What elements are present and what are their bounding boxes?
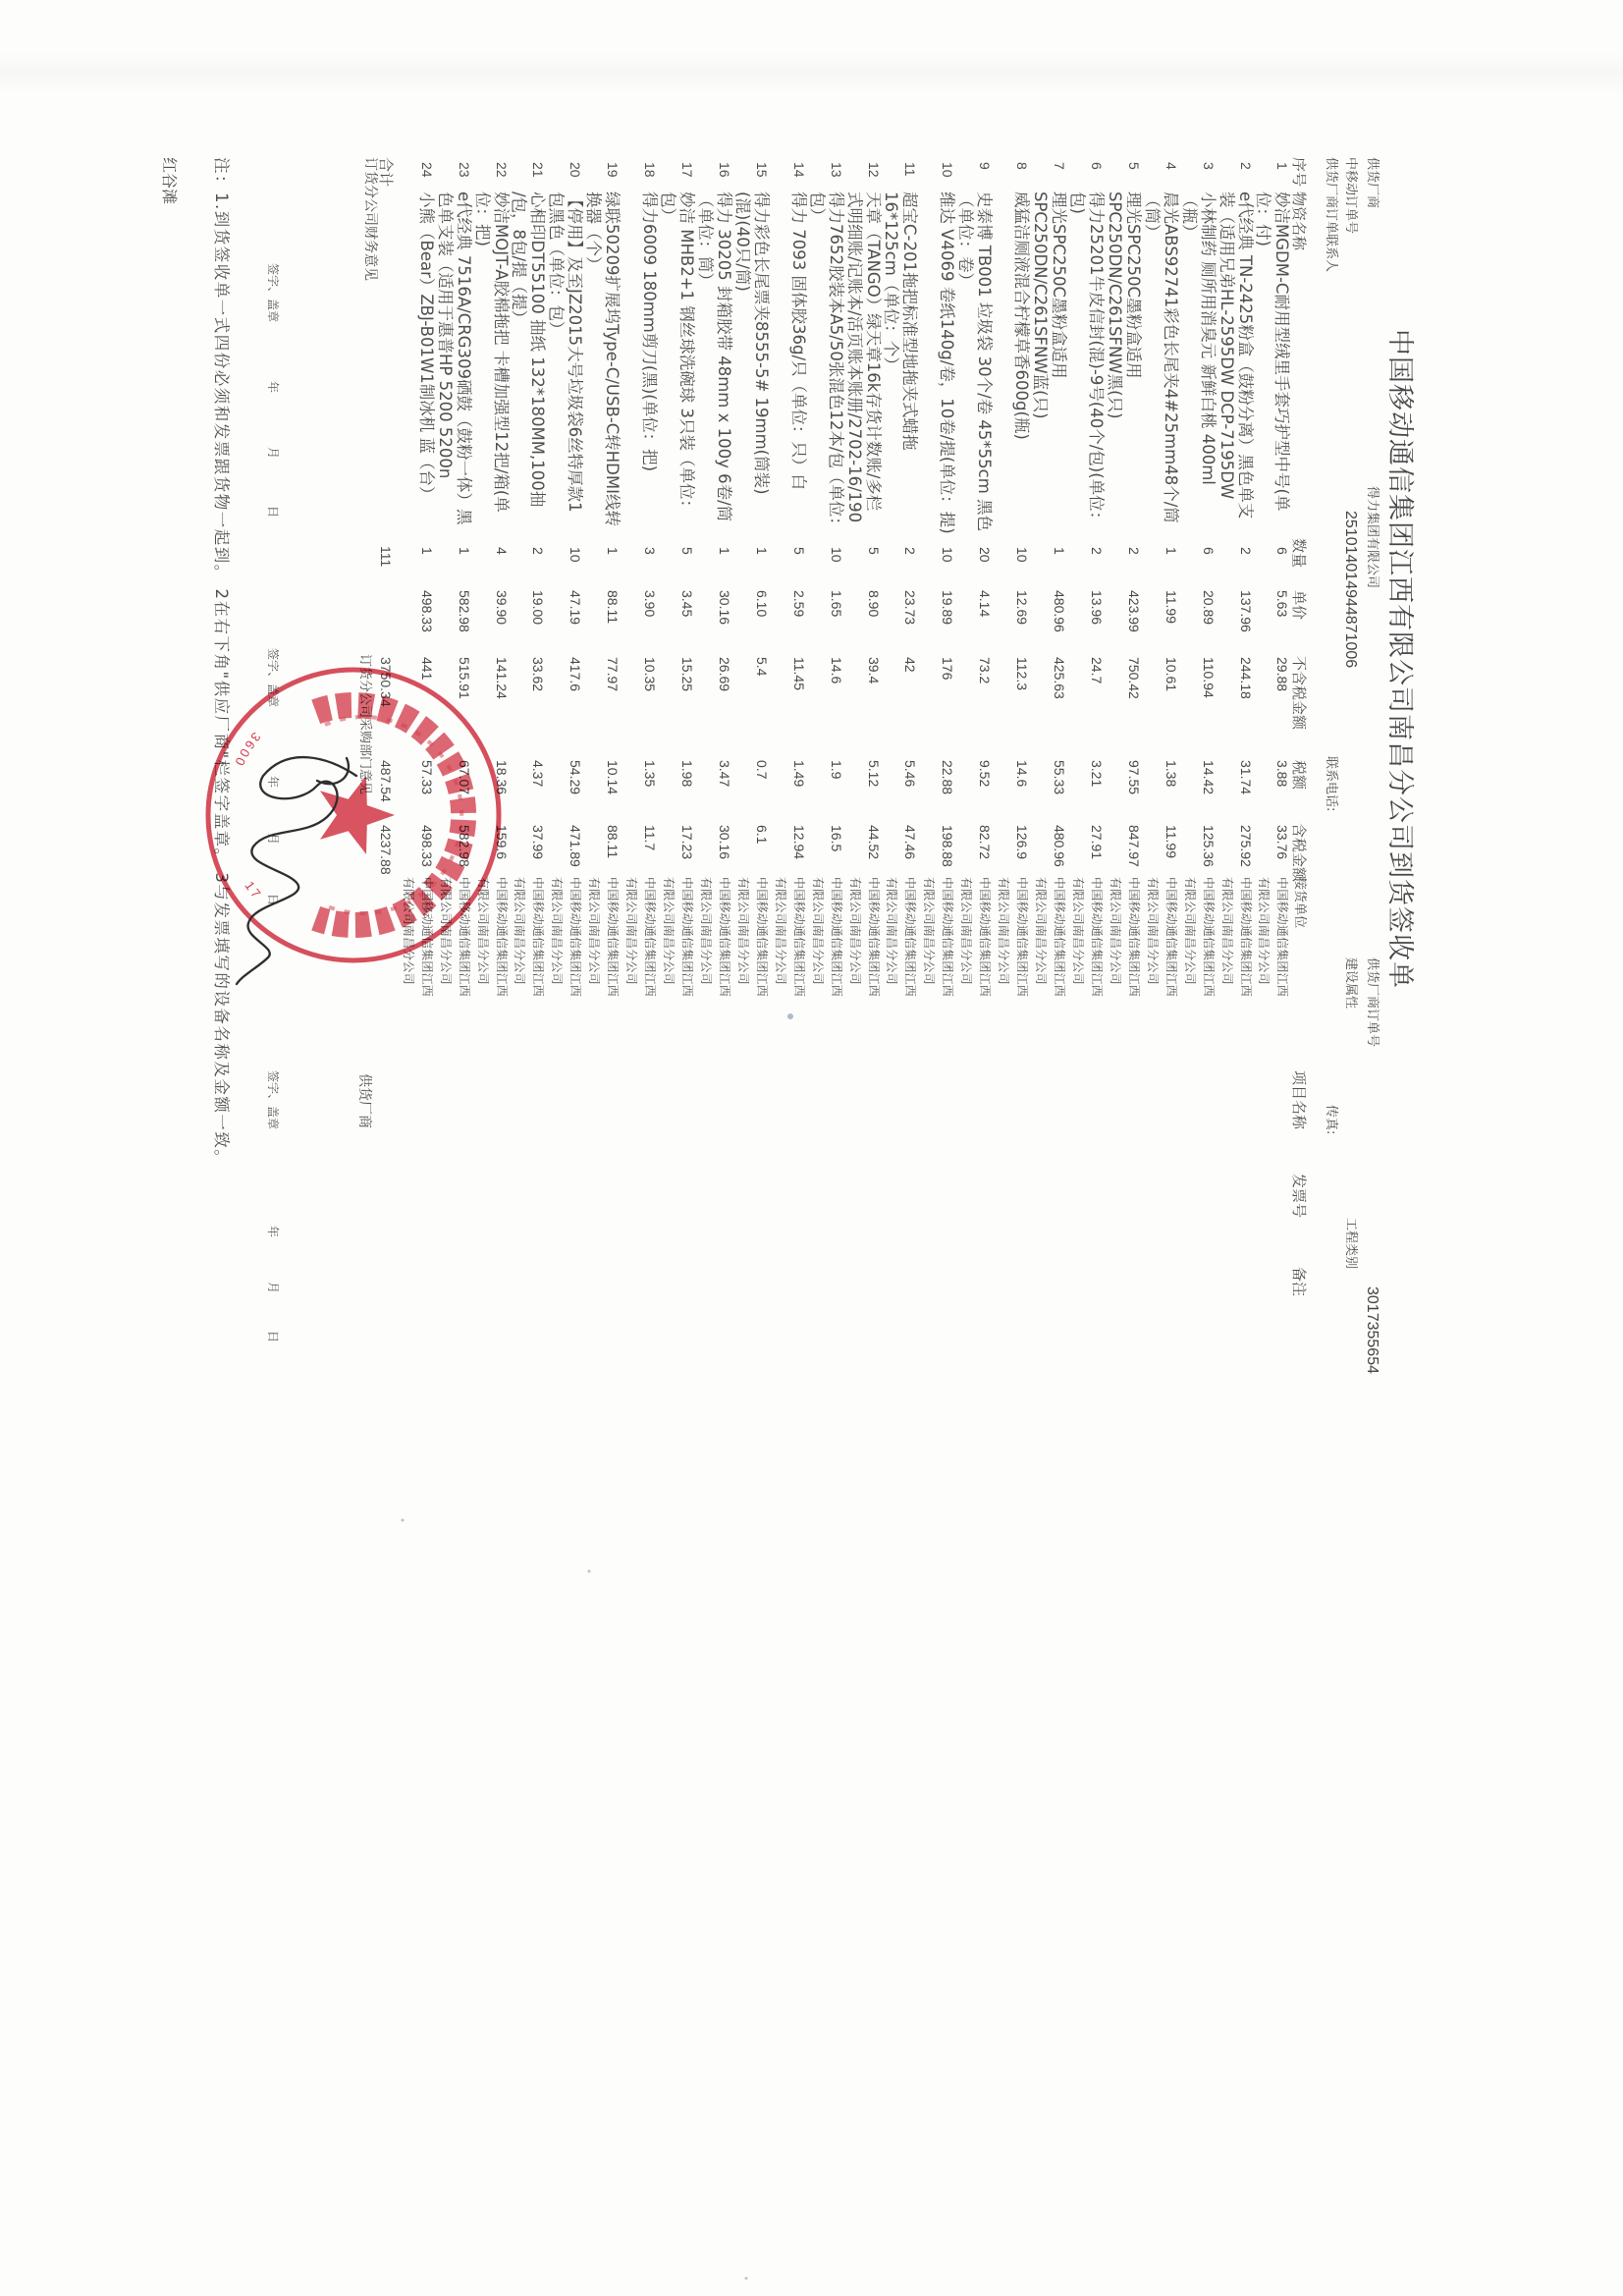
- receiving-unit: 中国移动通信集团江西有限公司南昌分公司: [473, 877, 511, 997]
- item-name-line: SPC250DN/C261SFNW黑(只): [1106, 191, 1124, 419]
- month-label: 月: [265, 447, 281, 459]
- receiving-unit-line: 中国移动通信集团江西: [529, 877, 548, 997]
- unit-price: 47.19: [566, 590, 584, 625]
- tax-amount: 10.14: [603, 760, 622, 794]
- item-name: 妙洁 MHB2+1 钢丝球洗碗球 3只装（单位：包）: [659, 191, 696, 516]
- tax-amount: 18.36: [492, 760, 511, 794]
- item-name: 得力 7093 固体胶36g/只（单位：只）白: [789, 191, 808, 490]
- receiving-unit: 中国移动通信集团江西有限公司南昌分公司: [1217, 877, 1255, 997]
- quantity: 1: [417, 547, 436, 555]
- receiving-unit-line: 有限公司南昌分公司: [659, 877, 677, 997]
- amount-incl-tax: 498.33: [417, 825, 436, 867]
- quantity: 2: [1236, 547, 1255, 555]
- receiving-unit: 中国移动通信集团江西有限公司南昌分公司: [584, 877, 622, 997]
- cmcc-order-no-label: 中移动订单号: [1342, 157, 1358, 234]
- procurement-opinion-label: 订货分公司采购部门意见: [356, 654, 372, 794]
- table-row: 16得力 30205 封箱胶带 48mm x 100y 6卷/筒（单位：筒）13…: [696, 0, 733, 1375]
- table-row: 14得力 7093 固体胶36g/只（单位：只）白52.5911.451.491…: [771, 0, 808, 1375]
- item-name-line: 【停用】及至JZ2015大号垃圾袋6丝特厚款1: [566, 191, 584, 513]
- quantity: 1: [752, 547, 771, 555]
- amount-excl-tax: 33.62: [529, 657, 548, 691]
- quantity: 10: [938, 547, 956, 563]
- receiving-unit: 中国移动通信集团江西有限公司南昌分公司: [919, 877, 956, 997]
- unit-price: 4.14: [975, 590, 994, 617]
- tax-amount: 67.07: [455, 760, 473, 794]
- item-name-line: 心相印DT55100 抽纸 132*180MM,100抽: [529, 191, 548, 507]
- row-number: 5: [1124, 162, 1143, 170]
- amount-excl-tax: 14.6: [827, 657, 845, 683]
- amount-excl-tax: 42: [901, 657, 920, 673]
- amount-incl-tax: 37.99: [529, 825, 548, 859]
- receiving-unit: 中国移动通信集团江西有限公司南昌分公司: [1031, 877, 1068, 997]
- amount-excl-tax: 515.91: [455, 657, 473, 699]
- quantity: 5: [789, 547, 808, 555]
- quantity: 1: [715, 547, 733, 555]
- receiving-unit-line: 中国移动通信集团江西: [1087, 877, 1106, 997]
- unit-price: 2.59: [789, 590, 808, 617]
- unit-price: 23.73: [901, 590, 920, 625]
- quantity: 10: [566, 547, 584, 563]
- row-number: 20: [566, 162, 584, 178]
- delivery-receipt-page: 中国移动通信集团江西有限公司南昌分公司到货签收单 供货厂商 得力集团有限公司 供…: [0, 0, 1623, 2296]
- item-name: 【停用】及至JZ2015大号垃圾袋6丝特厚款1包黑色（单位：包）: [547, 191, 584, 513]
- receiving-unit-line: 中国移动通信集团江西: [677, 877, 696, 997]
- row-number: 13: [827, 162, 845, 178]
- location-mark: 红谷滩: [160, 157, 178, 204]
- tax-amount: 5.46: [901, 760, 920, 787]
- row-number: 11: [901, 162, 920, 177]
- receiving-unit-line: 中国移动通信集团江西: [492, 877, 511, 997]
- item-name: 小林制药 厕所用消臭元 新鲜白桃 400ml（瓶）: [1180, 191, 1217, 485]
- amount-incl-tax: 471.89: [566, 825, 584, 867]
- unit-price: 88.11: [603, 590, 622, 624]
- row-number: 10: [938, 162, 956, 178]
- day-label: 日: [265, 894, 281, 905]
- amount-incl-tax: 159.6: [492, 825, 511, 859]
- row-number: 2: [1236, 162, 1255, 170]
- tax-amount: 5.12: [864, 760, 883, 787]
- unit-price: 19.89: [938, 590, 956, 625]
- receiving-unit-line: 有限公司南昌分公司: [1143, 877, 1162, 997]
- item-name-line: SPC250DN/C261SFNW蓝(只): [1031, 191, 1050, 419]
- supplier-order-no-value: 3017355654: [1364, 1286, 1380, 1374]
- amount-excl-tax: 112.3: [1012, 657, 1031, 690]
- receiving-unit-line: 中国移动通信集团江西: [1050, 877, 1068, 997]
- receiving-unit: 中国移动通信集团江西有限公司南昌分公司: [1143, 877, 1180, 997]
- receiving-unit: 中国移动通信集团江西有限公司南昌分公司: [399, 877, 436, 997]
- tax-amount: 1.35: [640, 760, 659, 787]
- receiving-unit-line: 有限公司南昌分公司: [511, 877, 529, 997]
- tax-amount: 4.37: [529, 760, 548, 787]
- tax-amount: 0.7: [752, 760, 771, 779]
- receiving-unit-line: 有限公司南昌分公司: [1180, 877, 1199, 997]
- item-name-line: 包): [1068, 191, 1087, 527]
- tax-amount: 9.52: [975, 760, 994, 787]
- row-number: 17: [677, 162, 696, 178]
- unit-price: 3.45: [677, 590, 696, 617]
- receiving-unit-line: 中国移动通信集团江西: [1012, 877, 1031, 997]
- quantity: 2: [1124, 547, 1143, 555]
- item-name-line: e代经典 TN-2425粉盒（鼓粉分离）黑色单支: [1236, 191, 1255, 519]
- item-name-line: 小林制药 厕所用消臭元 新鲜白桃 400ml: [1199, 191, 1217, 485]
- item-name-line: （单位：卷）: [956, 191, 975, 531]
- item-name: 绿联50209扩展坞Type-C/USB-C转HDMI线转换器（个）: [584, 191, 622, 526]
- item-name: 威猛洁厕液混合柠檬草香600g(瓶): [1012, 191, 1031, 440]
- receiving-unit-line: 中国移动通信集团江西: [455, 877, 473, 997]
- col-header-item-name: 物资名称: [1291, 191, 1307, 250]
- quantity: 2: [1087, 547, 1106, 555]
- receiving-unit: 中国移动通信集团江西有限公司南昌分公司: [622, 877, 659, 997]
- receiving-unit-line: 有限公司南昌分公司: [1217, 877, 1236, 997]
- item-name-line: 包）: [808, 191, 827, 533]
- receiving-unit: 中国移动通信集团江西有限公司南昌分公司: [511, 877, 548, 997]
- item-name-line: 16*125cm（单位：个）: [883, 191, 901, 450]
- unit-price: 30.16: [715, 590, 733, 625]
- sign-seal-label: 签字、盖章: [265, 648, 281, 707]
- row-number: 8: [1012, 162, 1031, 170]
- col-header-quantity: 数量: [1291, 538, 1307, 568]
- item-name-line: 换器（个）: [584, 191, 603, 526]
- col-header-no: 序号: [1291, 157, 1307, 187]
- year-label: 年: [265, 381, 281, 393]
- unit-price: 11.99: [1162, 590, 1180, 624]
- supplier-contact-label: 供货厂商订单联系人: [1323, 157, 1338, 272]
- row-number: 21: [529, 162, 548, 178]
- amount-incl-tax: 126.9: [1012, 825, 1031, 859]
- receiving-unit-line: 中国移动通信集团江西: [1273, 877, 1292, 997]
- row-number: 14: [789, 162, 808, 178]
- amount-incl-tax: 12.94: [789, 825, 808, 859]
- item-name: 得力25201牛皮信封(混)-9号(40个/包)(单位：包): [1068, 191, 1106, 527]
- receiving-unit-line: 中国移动通信集团江西: [603, 877, 622, 997]
- unit-price: 20.89: [1199, 590, 1217, 625]
- receiving-unit: 中国移动通信集团江西有限公司南昌分公司: [1068, 877, 1106, 997]
- receiving-unit-line: 中国移动通信集团江西: [938, 877, 956, 997]
- receiving-unit-line: 有限公司南昌分公司: [1255, 877, 1273, 997]
- receiving-unit-line: 有限公司南昌分公司: [845, 877, 864, 997]
- item-name: 妙洁MGDM-C耐用型绒里手套巧护型中号(单位：付): [1255, 191, 1292, 511]
- amount-excl-tax: 417.6: [566, 657, 584, 691]
- item-name: 得力彩色长尾票夹8555-5# 19mm(筒装)(混)(40只/筒): [733, 191, 771, 495]
- row-number: 4: [1162, 162, 1180, 170]
- item-name-line: （单位：筒）: [696, 191, 715, 521]
- totals-amount-excl-tax: 3750.34: [377, 657, 395, 707]
- amount-excl-tax: 244.18: [1236, 657, 1255, 699]
- table-row: 15得力彩色长尾票夹8555-5# 19mm(筒装)(混)(40只/筒)16.1…: [733, 0, 771, 1375]
- table-row: 23e代经典 7516A/CRG309硒鼓（鼓粉一体）黑色单支装（适用于惠普HP…: [436, 0, 473, 1375]
- item-name-line: 得力 30205 封箱胶带 48mm x 100y 6卷/筒: [715, 191, 733, 521]
- supplier-value: 得力集团有限公司: [1364, 486, 1380, 588]
- item-name-line: 史泰博 TB001 垃圾袋 30个/卷 45*55cm 黑色: [975, 191, 994, 531]
- unit-price: 480.96: [1050, 590, 1068, 632]
- receiving-unit: 中国移动通信集团江西有限公司南昌分公司: [994, 877, 1031, 997]
- item-name-line: 天章（TANGO）绿天章16k存货计数账/多栏: [864, 191, 883, 522]
- tax-amount: 97.55: [1124, 760, 1143, 794]
- receiving-unit-line: 有限公司南昌分公司: [696, 877, 715, 997]
- item-name-line: 得力6009 180mm剪刀(黑)(单位：把): [640, 191, 659, 471]
- tax-amount: 57.33: [417, 760, 436, 794]
- table-row: 24小熊（Bear）ZBJ-B01W1制冰机 蓝（台）1498.3344157.…: [399, 0, 436, 1375]
- supplier-order-no-label: 供货厂商订单号: [1364, 957, 1380, 1047]
- receiving-unit: 中国移动通信集团江西有限公司南昌分公司: [1255, 877, 1292, 997]
- amount-excl-tax: 176: [938, 657, 956, 680]
- amount-excl-tax: 24.7: [1087, 657, 1106, 683]
- receiving-unit: 中国移动通信集团江西有限公司南昌分公司: [659, 877, 696, 997]
- amount-excl-tax: 15.25: [677, 657, 696, 691]
- quantity: 1: [603, 547, 622, 555]
- unit-price: 12.69: [1012, 590, 1031, 625]
- unit-price: 582.98: [455, 590, 473, 632]
- scan-speck: [402, 1519, 405, 1522]
- receiving-unit-line: 有限公司南昌分公司: [883, 877, 901, 997]
- supplier-signoff-label: 供货厂商: [356, 1073, 372, 1128]
- receiving-unit-line: 有限公司南昌分公司: [473, 877, 492, 997]
- cmcc-order-no-value: 251014014944871006: [1342, 511, 1358, 668]
- item-name-line: 妙洁MGDM-C耐用型绒里手套巧护型中号(单: [1273, 191, 1292, 511]
- project-category-label: 工程类别: [1342, 1218, 1358, 1269]
- amount-excl-tax: 425.63: [1050, 657, 1068, 699]
- table-row: 13得力7652胶装本A5/50张混色12本/包（单位：包）101.6514.6…: [808, 0, 845, 1375]
- table-row: 7理光SPC250C墨粉盒适用SPC250DN/C261SFNW蓝(只)1480…: [1031, 0, 1068, 1375]
- seal-serial-end: 17: [242, 878, 265, 902]
- item-name-line: （瓶）: [1180, 191, 1199, 485]
- amount-excl-tax: 141.24: [492, 657, 511, 699]
- amount-excl-tax: 10.35: [640, 657, 659, 691]
- amount-incl-tax: 47.46: [901, 825, 920, 859]
- construction-attr-label: 建设属性: [1342, 957, 1358, 1009]
- totals-amount-incl-tax: 4237.88: [377, 825, 395, 875]
- item-name: 心相印DT55100 抽纸 132*180MM,100抽/包，8包/提（提）: [511, 191, 548, 507]
- sign-seal-label: 签字、盖章: [265, 263, 281, 322]
- item-name-line: 小熊（Bear）ZBJ-B01W1制冰机 蓝（台）: [417, 191, 436, 503]
- item-name: 小熊（Bear）ZBJ-B01W1制冰机 蓝（台）: [417, 191, 436, 503]
- table-row: 11超宝C-201拖把标准型地拖夹式蜡拖16*125cm（单位：个）223.73…: [883, 0, 920, 1375]
- quantity: 20: [975, 547, 994, 563]
- row-number: 18: [640, 162, 659, 178]
- item-name: 超宝C-201拖把标准型地拖夹式蜡拖16*125cm（单位：个）: [883, 191, 920, 450]
- unit-price: 1.65: [827, 590, 845, 617]
- receiving-unit: 中国移动通信集团江西有限公司南昌分公司: [845, 877, 883, 997]
- receiving-unit-line: 有限公司南昌分公司: [399, 877, 417, 997]
- receiving-unit-line: 中国移动通信集团江西: [789, 877, 808, 997]
- quantity: 10: [827, 547, 845, 563]
- item-name-line: e代经典 7516A/CRG309硒鼓（鼓粉一体）黑: [455, 191, 473, 525]
- document-title: 中国移动通信集团江西有限公司南昌分公司到货签收单: [1384, 329, 1414, 989]
- row-number: 12: [864, 162, 883, 178]
- amount-excl-tax: 10.61: [1162, 657, 1180, 691]
- receiving-unit-line: 有限公司南昌分公司: [436, 877, 455, 997]
- item-name: 史泰博 TB001 垃圾袋 30个/卷 45*55cm 黑色（单位：卷）: [956, 191, 994, 531]
- amount-excl-tax: 5.4: [752, 657, 771, 676]
- amount-excl-tax: 39.4: [864, 657, 883, 683]
- quantity: 3: [640, 547, 659, 555]
- unit-price: 498.33: [417, 590, 436, 632]
- receiving-unit-line: 有限公司南昌分公司: [1031, 877, 1050, 997]
- amount-excl-tax: 110.94: [1199, 657, 1217, 698]
- col-header-tax: 税额: [1291, 760, 1307, 790]
- item-name-line: 包黑色（单位：包）: [547, 191, 566, 513]
- receiving-unit-line: 中国移动通信集团江西: [901, 877, 920, 997]
- tax-amount: 3.21: [1087, 760, 1106, 787]
- quantity: 2: [901, 547, 920, 555]
- tax-amount: 55.33: [1050, 760, 1068, 794]
- item-name: 天章（TANGO）绿天章16k存货计数账/多栏式明细账/记账本/活页账本账册/2…: [845, 191, 883, 522]
- receiving-unit-line: 中国移动通信集团江西: [566, 877, 584, 997]
- item-name: 得力7652胶装本A5/50张混色12本/包（单位：包）: [808, 191, 845, 533]
- amount-incl-tax: 275.92: [1236, 825, 1255, 867]
- item-name-line: 包）: [659, 191, 677, 516]
- unit-price: 423.99: [1124, 590, 1143, 632]
- row-number: 24: [417, 162, 436, 178]
- receiving-unit: 中国移动通信集团江西有限公司南昌分公司: [883, 877, 920, 997]
- table-row: 22妙洁MOJT-A胶棉拖把 卡槽加强型12把/箱(单位：把)439.90141…: [473, 0, 511, 1375]
- receiving-unit-line: 中国移动通信集团江西: [1162, 877, 1180, 997]
- amount-excl-tax: 26.69: [715, 657, 733, 691]
- table-row: 3小林制药 厕所用消臭元 新鲜白桃 400ml（瓶）620.89110.9414…: [1180, 0, 1217, 1375]
- amount-incl-tax: 11.99: [1162, 825, 1180, 858]
- receiving-unit-line: 中国移动通信集团江西: [640, 877, 659, 997]
- unit-price: 137.96: [1236, 590, 1255, 632]
- table-row: 6得力25201牛皮信封(混)-9号(40个/包)(单位：包)213.9624.…: [1068, 0, 1106, 1375]
- fax-label: 传真:: [1323, 1105, 1338, 1134]
- tax-amount: 1.38: [1162, 760, 1180, 787]
- quantity: 2: [529, 547, 548, 555]
- sign-seal-label: 签字、盖章: [265, 1070, 281, 1129]
- item-name-line: 超宝C-201拖把标准型地拖夹式蜡拖: [901, 191, 920, 450]
- item-name-line: 晨光ABS92741彩色长尾夹4#25mm48个/筒: [1162, 191, 1180, 523]
- tax-amount: 1.98: [677, 760, 696, 787]
- amount-excl-tax: 29.88: [1273, 657, 1292, 691]
- amount-incl-tax: 16.5: [827, 825, 845, 851]
- amount-incl-tax: 480.96: [1050, 825, 1068, 867]
- receiving-unit: 中国移动通信集团江西有限公司南昌分公司: [733, 877, 771, 997]
- table-row: 2e代经典 TN-2425粉盒（鼓粉分离）黑色单支装（适用兄弟HL-2595DW…: [1217, 0, 1255, 1375]
- receiving-unit: 中国移动通信集团江西有限公司南昌分公司: [547, 877, 584, 997]
- receiving-unit: 中国移动通信集团江西有限公司南昌分公司: [1106, 877, 1143, 997]
- tax-amount: 31.74: [1236, 760, 1255, 794]
- item-name: 得力6009 180mm剪刀(黑)(单位：把): [640, 191, 659, 471]
- receiving-unit-line: 有限公司南昌分公司: [1106, 877, 1124, 997]
- item-name-line: 维达 V4069 卷纸140g/卷，10卷/提(单位：提): [938, 191, 956, 534]
- item-name-line: 威猛洁厕液混合柠檬草香600g(瓶): [1012, 191, 1031, 440]
- item-name: e代经典 7516A/CRG309硒鼓（鼓粉一体）黑色单支装（适用于惠普HP 5…: [436, 191, 473, 525]
- month-label: 月: [265, 1282, 281, 1293]
- item-name-line: 位：付): [1255, 191, 1273, 511]
- unit-price: 8.90: [864, 590, 883, 617]
- row-number: 9: [975, 162, 994, 170]
- quantity: 1: [1162, 547, 1180, 555]
- table-row: 9史泰博 TB001 垃圾袋 30个/卷 45*55cm 黑色（单位：卷）204…: [956, 0, 994, 1375]
- table-row: 20【停用】及至JZ2015大号垃圾袋6丝特厚款1包黑色（单位：包）1047.1…: [547, 0, 584, 1375]
- receiving-unit-line: 有限公司南昌分公司: [622, 877, 640, 997]
- amount-incl-tax: 82.72: [975, 825, 994, 859]
- receiving-unit-line: 有限公司南昌分公司: [1068, 877, 1087, 997]
- row-number: 22: [492, 162, 511, 178]
- row-number: 19: [603, 162, 622, 178]
- amount-incl-tax: 17.23: [677, 825, 696, 859]
- totals-quantity: 111: [377, 546, 395, 567]
- unit-price: 3.90: [640, 590, 659, 617]
- receiving-unit-line: 有限公司南昌分公司: [584, 877, 603, 997]
- receiving-unit: 中国移动通信集团江西有限公司南昌分公司: [1180, 877, 1217, 997]
- amount-excl-tax: 77.97: [603, 657, 622, 691]
- tax-amount: 1.9: [827, 760, 845, 779]
- row-number: 15: [752, 162, 771, 178]
- receiving-unit: 中国移动通信集团江西有限公司南昌分公司: [696, 877, 733, 997]
- row-number: 1: [1273, 162, 1292, 170]
- item-name: 理光SPC250C墨粉盒适用SPC250DN/C261SFNW黑(只): [1106, 191, 1143, 419]
- quantity: 5: [864, 547, 883, 555]
- row-number: 7: [1050, 162, 1068, 170]
- item-name: 维达 V4069 卷纸140g/卷，10卷/提(单位：提): [938, 191, 956, 534]
- unit-price: 6.10: [752, 590, 771, 617]
- receiving-unit-line: 中国移动通信集团江西: [864, 877, 883, 997]
- totals-label: 合计: [377, 157, 395, 187]
- unit-price: 13.96: [1087, 590, 1106, 625]
- item-name-line: 得力彩色长尾票夹8555-5# 19mm(筒装): [752, 191, 771, 495]
- quantity: 6: [1199, 547, 1217, 555]
- receiving-unit-line: 有限公司南昌分公司: [547, 877, 566, 997]
- tax-amount: 22.88: [938, 760, 956, 794]
- item-name-line: (混)(40只/筒): [733, 191, 752, 495]
- item-name: 晨光ABS92741彩色长尾夹4#25mm48个/筒（筒）: [1143, 191, 1180, 523]
- receiving-unit-line: 中国移动通信集团江西: [715, 877, 733, 997]
- col-header-unit-price: 单价: [1291, 590, 1307, 620]
- receiving-unit-line: 中国移动通信集团江西: [1199, 877, 1217, 997]
- receiving-unit-line: 中国移动通信集团江西: [1124, 877, 1143, 997]
- amount-excl-tax: 73.2: [975, 657, 994, 683]
- scan-speck: [588, 1570, 591, 1573]
- item-name: 妙洁MOJT-A胶棉拖把 卡槽加强型12把/箱(单位：把): [473, 191, 511, 513]
- item-name-line: /包，8包/提（提）: [511, 191, 529, 507]
- amount-incl-tax: 125.36: [1199, 825, 1217, 867]
- table-row: 1妙洁MGDM-C耐用型绒里手套巧护型中号(单位：付)65.6329.883.8…: [1255, 0, 1292, 1375]
- receiving-unit-line: 有限公司南昌分公司: [771, 877, 789, 997]
- amount-incl-tax: 27.91: [1087, 825, 1106, 859]
- table-row: 5理光SPC250C墨粉盒适用SPC250DN/C261SFNW黑(只)2423…: [1106, 0, 1143, 1375]
- amount-incl-tax: 847.97: [1124, 825, 1143, 867]
- quantity: 4: [492, 547, 511, 555]
- table-row: 4晨光ABS92741彩色长尾夹4#25mm48个/筒（筒）111.9910.6…: [1143, 0, 1180, 1375]
- receiving-unit-line: 有限公司南昌分公司: [956, 877, 975, 997]
- col-header-remarks: 备注: [1291, 1267, 1307, 1296]
- receiving-unit: 中国移动通信集团江西有限公司南昌分公司: [956, 877, 994, 997]
- tax-amount: 54.29: [566, 760, 584, 794]
- item-name-line: 装（适用兄弟HL-2595DW DCP-7195DW: [1217, 191, 1236, 519]
- col-header-receiving-unit: 接货单位: [1291, 877, 1307, 928]
- receiving-unit-line: 中国移动通信集团江西: [417, 877, 436, 997]
- tax-amount: 1.49: [789, 760, 808, 787]
- item-name: 得力 30205 封箱胶带 48mm x 100y 6卷/筒（单位：筒）: [696, 191, 733, 521]
- item-name-line: 得力25201牛皮信封(混)-9号(40个/包)(单位：: [1087, 191, 1106, 527]
- unit-price: 19.00: [529, 590, 548, 625]
- quantity: 1: [1050, 547, 1068, 555]
- item-name: e代经典 TN-2425粉盒（鼓粉分离）黑色单支装（适用兄弟HL-2595DW …: [1217, 191, 1255, 519]
- quantity: 10: [1012, 547, 1031, 563]
- handwritten-signature: [237, 757, 356, 984]
- table-row: 17妙洁 MHB2+1 钢丝球洗碗球 3只装（单位：包）53.4515.251.…: [659, 0, 696, 1375]
- item-name-line: 得力 7093 固体胶36g/只（单位：只）白: [789, 191, 808, 490]
- item-name-line: 绿联50209扩展坞Type-C/USB-C转HDMI线转: [603, 191, 622, 526]
- phone-label: 联系电话:: [1323, 756, 1338, 811]
- year-label: 年: [265, 776, 281, 788]
- quantity: 1: [455, 547, 473, 555]
- receiving-unit-line: 有限公司南昌分公司: [994, 877, 1012, 997]
- amount-incl-tax: 11.7: [640, 825, 659, 850]
- finance-opinion-label: 订货分公司财务意见: [362, 157, 378, 281]
- col-header-invoice-no: 发票号: [1291, 1174, 1307, 1218]
- row-number: 23: [455, 162, 473, 178]
